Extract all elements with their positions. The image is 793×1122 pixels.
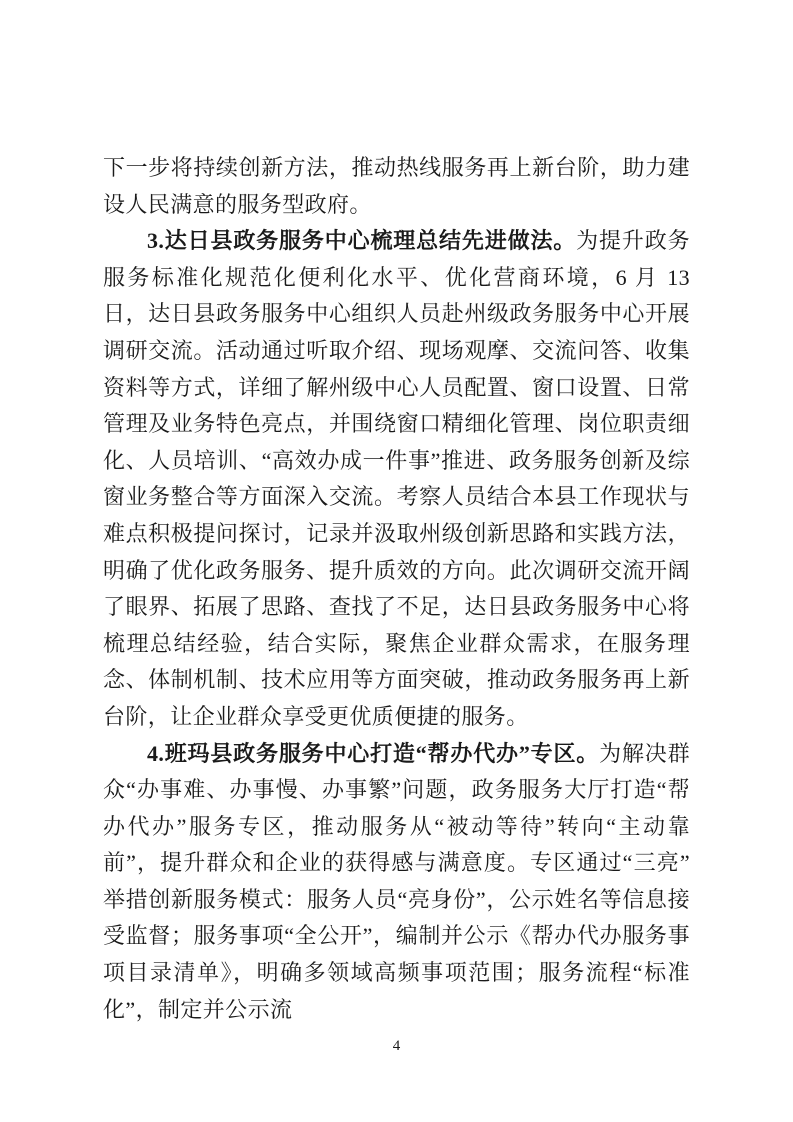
paragraph-section-4: 4.班玛县政务服务中心打造“帮办代办”专区。为解决群众“办事难、办事慢、办事繁”… <box>103 736 690 1029</box>
paragraph-section-3: 3.达日县政务服务中心梳理总结先进做法。为提升政务服务标准化规范化便利化水平、优… <box>103 223 690 735</box>
document-body: 下一步将持续创新方法，推动热线服务再上新台阶，助力建设人民满意的服务型政府。 3… <box>103 150 690 1028</box>
document-page: 下一步将持续创新方法，推动热线服务再上新台阶，助力建设人民满意的服务型政府。 3… <box>0 0 793 1122</box>
page-number: 4 <box>0 1036 793 1056</box>
paragraph-continuation: 下一步将持续创新方法，推动热线服务再上新台阶，助力建设人民满意的服务型政府。 <box>103 150 690 223</box>
section-3-heading: 3.达日县政务服务中心梳理总结先进做法。 <box>147 228 576 253</box>
paragraph-text: 为提升政务服务标准化规范化便利化水平、优化营商环境，6 月 13 日，达日县政务… <box>103 228 690 729</box>
section-4-heading: 4.班玛县政务服务中心打造“帮办代办”专区。 <box>147 741 599 766</box>
paragraph-text: 下一步将持续创新方法，推动热线服务再上新台阶，助力建设人民满意的服务型政府。 <box>103 155 690 217</box>
paragraph-text: 为解决群众“办事难、办事慢、办事繁”问题，政务服务大厅打造“帮办代办”服务专区，… <box>103 741 690 1022</box>
